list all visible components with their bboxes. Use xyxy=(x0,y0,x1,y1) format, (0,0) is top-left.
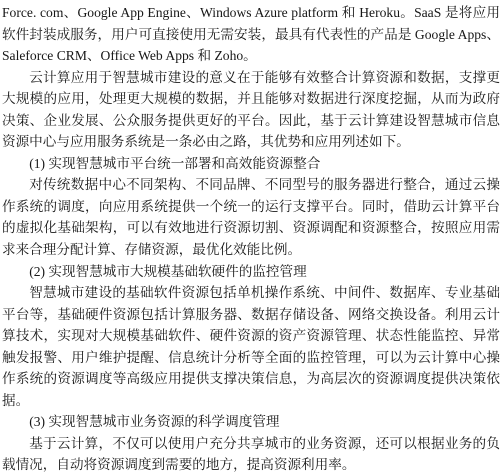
paragraph-business-scheduling: 基于云计算，不仅可以使用户充分共享城市的业务资源，还可以根据业务的负载情况，自动… xyxy=(2,433,500,475)
paragraph-unified-platform: 对传统数据中心不同架构、不同品牌、不同型号的服务器进行整合，通过云操作系统的调度… xyxy=(2,174,500,260)
section-heading-3: (3) 实现智慧城市业务资源的科学调度管理 xyxy=(2,411,500,433)
paragraph-saas-products: Force. com、Google App Engine、Windows Azu… xyxy=(2,2,500,67)
section-heading-2: (2) 实现智慧城市大规模基础软硬件的监控管理 xyxy=(2,261,500,283)
paragraph-cloud-significance: 云计算应用于智慧城市建设的意义在于能够有效整合计算资源和数据，支撑更大规模的应用… xyxy=(2,67,500,153)
section-heading-1: (1) 实现智慧城市平台统一部署和高效能资源整合 xyxy=(2,153,500,175)
document-page: Force. com、Google App Engine、Windows Azu… xyxy=(0,0,504,475)
paragraph-monitoring-management: 智慧城市建设的基础软件资源包括单机操作系统、中间件、数据库、专业基础平台等，基础… xyxy=(2,282,500,411)
